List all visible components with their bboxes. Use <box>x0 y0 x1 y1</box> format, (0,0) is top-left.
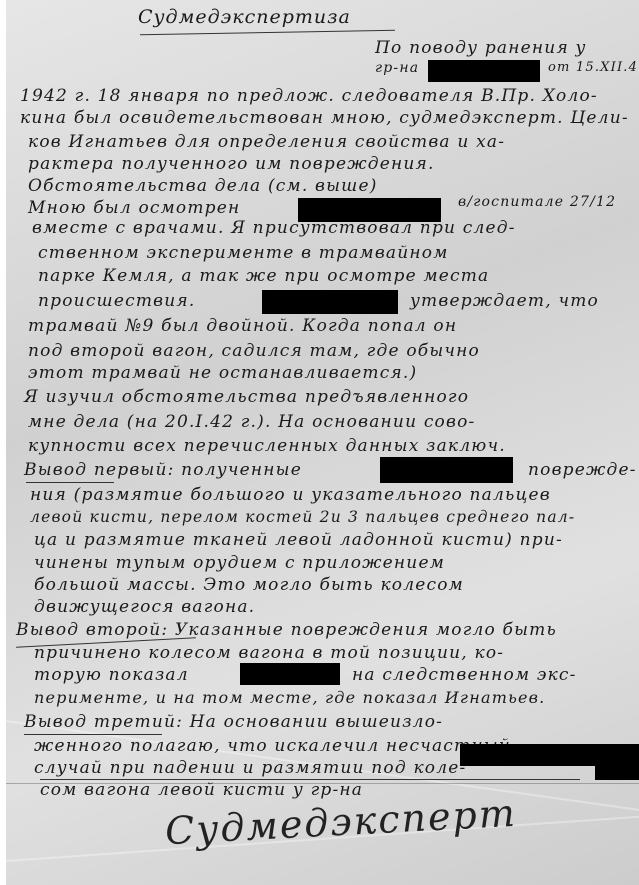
text-line: случай при падении и размятии под коле- <box>34 758 466 778</box>
text-line: движущегося вагона. <box>34 597 255 617</box>
text-line: кина был освидетельствован мною, судмедэ… <box>20 108 629 128</box>
text-line: парке Кемля, а так же при осмотре места <box>38 266 489 286</box>
heading-underline <box>24 734 162 735</box>
text-line: левой кисти, перелом костей 2и 3 пальцев… <box>30 508 575 526</box>
header-note-prefix: гр-на <box>375 60 419 76</box>
text-line: большой массы. Это могло быть колесом <box>34 575 464 595</box>
text-line: в/госпитале 27/12 <box>458 194 616 210</box>
text-line: причинено колесом вагона в той позиции, … <box>34 643 504 663</box>
redaction-bar <box>262 290 398 314</box>
text-line: 1942 г. 18 января по предлож. следовател… <box>20 86 598 106</box>
text-line: ца и размятие тканей левой ладонной кист… <box>34 530 563 550</box>
text-line: трамвай №9 был двойной. Когда попал он <box>28 316 457 336</box>
text-line: рактера полученного им повреждения. <box>28 154 435 174</box>
redaction-bar <box>380 457 513 483</box>
text-line: вместе с врачами. Я присутствовал при сл… <box>32 218 516 238</box>
document-title: Судмедэкспертиза <box>138 6 351 28</box>
text-line: происшествия. <box>38 291 195 311</box>
text-line: поврежде- <box>528 460 637 480</box>
text-line: Обстоятельства дела (см. выше) <box>28 176 378 196</box>
text-line: перименте, и на том месте, где показал И… <box>34 688 545 707</box>
text-line: ственном эксперименте в трамвайном <box>38 243 449 263</box>
text-line: ния (размятие большого и указательного п… <box>30 485 551 505</box>
text-line: Мною был осмотрен <box>28 198 240 218</box>
heading-underline <box>26 482 114 483</box>
text-line: сом вагона левой кисти у гр-на <box>40 780 363 800</box>
header-note-line: По поводу ранения у <box>375 38 587 58</box>
text-line: торую показал <box>34 665 189 685</box>
text-line: чинены тупым орудием с приложением <box>34 553 445 573</box>
text-line: женного полагаю, что искалечил несчастны… <box>34 736 511 756</box>
text-line: Вывод первый: полученные <box>24 460 302 480</box>
text-line: этот трамвай не останавливается.) <box>28 363 417 383</box>
text-line: на следственном экс- <box>352 665 577 685</box>
text-line: утверждает, что <box>410 291 599 311</box>
text-line: Вывод третий: На основании вышеизло- <box>24 712 443 732</box>
header-note-date: от 15.XII.41 <box>548 60 639 75</box>
text-line: Я изучил обстоятельства предъявленного <box>24 387 469 407</box>
text-line: купности всех перечисленных данных заклю… <box>28 436 506 456</box>
redaction-bar <box>595 744 639 780</box>
text-line: мне дела (на 20.I.42 г.). На основании с… <box>28 412 475 432</box>
text-line: под второй вагон, садился там, где обычн… <box>28 341 480 361</box>
redaction-bar <box>240 663 340 685</box>
redaction-bar <box>428 60 540 82</box>
text-line: ков Игнатьев для определения свойства и … <box>28 132 505 152</box>
text-line: Вывод второй: Указанные повреждения могл… <box>16 620 557 640</box>
